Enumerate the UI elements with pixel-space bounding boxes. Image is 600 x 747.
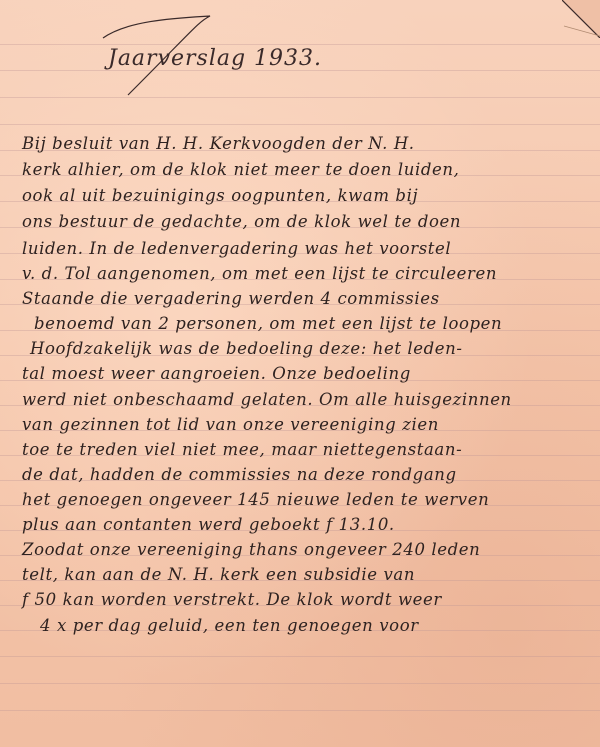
text-line: van gezinnen tot lid van onze vereenigin… xyxy=(22,415,590,434)
ruled-line xyxy=(0,44,600,45)
text-line: 4 x per dag geluid, een ten genoegen voo… xyxy=(40,616,590,635)
ruled-line xyxy=(0,97,600,98)
ruled-line xyxy=(0,124,600,125)
text-line: Zoodat onze vereeniging thans ongeveer 2… xyxy=(22,540,590,559)
ruled-line xyxy=(0,683,600,684)
text-line: werd niet onbeschaamd gelaten. Om alle h… xyxy=(22,390,590,409)
text-line: Staande die vergadering werden 4 commiss… xyxy=(22,289,590,308)
text-line: de dat, hadden de commissies na deze ron… xyxy=(22,465,590,484)
text-line: het genoegen ongeveer 145 nieuwe leden t… xyxy=(22,490,590,509)
text-line: Bij besluit van H. H. Kerkvoogden der N.… xyxy=(22,134,590,153)
manuscript-page: Jaarverslag 1933. Bij besluit van H. H. … xyxy=(0,0,600,747)
text-line: Hoofdzakelijk was de bedoeling deze: het… xyxy=(30,339,590,358)
text-line: v. d. Tol aangenomen, om met een lijst t… xyxy=(22,264,590,283)
text-line: telt, kan aan de N. H. kerk een subsidie… xyxy=(22,565,590,584)
title-flourish-icon xyxy=(98,10,218,100)
text-line: toe te treden viel niet mee, maar niette… xyxy=(22,440,590,459)
text-line: kerk alhier, om de klok niet meer te doe… xyxy=(22,160,590,179)
text-line: tal moest weer aangroeien. Onze bedoelin… xyxy=(22,364,590,383)
folded-corner-icon xyxy=(562,0,600,38)
text-line: ook al uit bezuinigings oogpunten, kwam … xyxy=(22,186,590,205)
ruled-line xyxy=(0,710,600,711)
ruled-line xyxy=(0,656,600,657)
text-line: benoemd van 2 personen, om met een lijst… xyxy=(34,314,590,333)
text-line: f 50 kan worden verstrekt. De klok wordt… xyxy=(22,590,590,609)
page-title: Jaarverslag 1933. xyxy=(108,46,322,71)
text-line: plus aan contanten werd geboekt f 13.10. xyxy=(22,515,590,534)
text-line: luiden. In de ledenvergadering was het v… xyxy=(22,239,590,258)
text-line: ons bestuur de gedachte, om de klok wel … xyxy=(22,212,590,231)
